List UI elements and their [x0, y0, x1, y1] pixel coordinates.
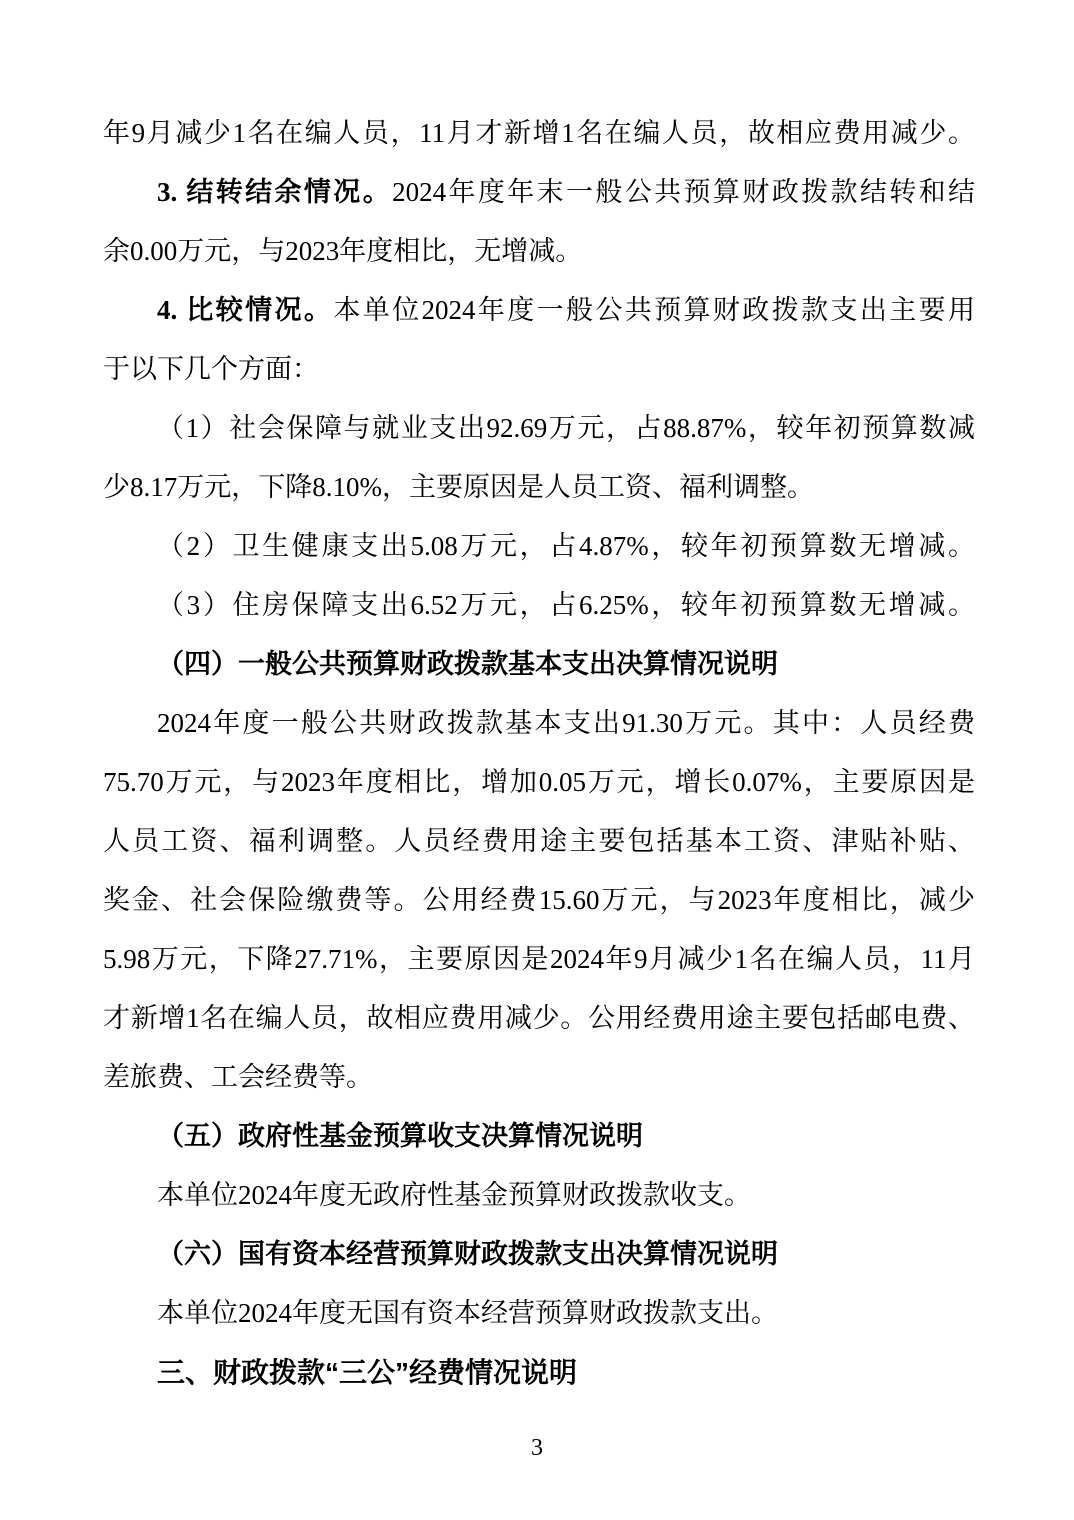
bold-heading-text: （五）政府性基金预算收支决算情况说明: [157, 1121, 643, 1151]
body-text: 于以下几个方面：: [103, 354, 319, 384]
body-text: （2）卫生健康支出5.08万元，占4.87%，较年初预算数无增减。: [157, 531, 975, 561]
body-text: 75.70万元，与2023年度相比，增加0.05万元，增长0.07%，主要原因是: [103, 767, 975, 797]
body-text: 少8.17万元，下降8.10%，主要原因是人员工资、福利调整。: [103, 472, 814, 502]
text-line: 75.70万元，与2023年度相比，增加0.05万元，增长0.07%，主要原因是: [103, 753, 975, 812]
document-body: 年9月减少1名在编人员，11月才新增1名在编人员，故相应费用减少。3. 结转结余…: [103, 104, 975, 1402]
bold-heading-text: 4. 比较情况。: [157, 295, 333, 325]
body-text: 年9月减少1名在编人员，11月才新增1名在编人员，故相应费用减少。: [103, 118, 975, 148]
text-line: 人员工资、福利调整。人员经费用途主要包括基本工资、津贴补贴、: [103, 812, 975, 871]
body-text: 本单位2024年度无国有资本经营预算财政拨款支出。: [157, 1298, 778, 1328]
body-text: 本单位2024年度无政府性基金预算财政拨款收支。: [157, 1180, 751, 1210]
text-line: 2024年度一般公共财政拨款基本支出91.30万元。其中：人员经费: [103, 694, 975, 753]
text-line: （六）国有资本经营预算财政拨款支出决算情况说明: [103, 1225, 975, 1284]
body-text: 本单位2024年度一般公共预算财政拨款支出主要用: [333, 295, 975, 325]
text-line: （3）住房保障支出6.52万元，占6.25%，较年初预算数无增减。: [103, 576, 975, 635]
body-text: 2024年度年末一般公共预算财政拨款结转和结: [392, 177, 975, 207]
body-text: 余0.00万元，与2023年度相比，无增减。: [103, 236, 582, 266]
body-text: （3）住房保障支出6.52万元，占6.25%，较年初预算数无增减。: [157, 590, 975, 620]
bold-heading-text: （四）一般公共预算财政拨款基本支出决算情况说明: [157, 649, 778, 679]
text-line: 三、财政拨款“三公”经费情况说明: [103, 1343, 975, 1402]
body-text: 奖金、社会保险缴费等。公用经费15.60万元，与2023年度相比，减少: [103, 885, 975, 915]
text-line: 于以下几个方面：: [103, 340, 975, 399]
text-line: 余0.00万元，与2023年度相比，无增减。: [103, 222, 975, 281]
text-line: （1）社会保障与就业支出92.69万元，占88.87%，较年初预算数减: [103, 399, 975, 458]
text-line: 少8.17万元，下降8.10%，主要原因是人员工资、福利调整。: [103, 458, 975, 517]
body-text: （1）社会保障与就业支出92.69万元，占88.87%，较年初预算数减: [157, 413, 975, 443]
bold-heading-text: 3. 结转结余情况。: [157, 177, 392, 207]
body-text: 5.98万元，下降27.71%，主要原因是2024年9月减少1名在编人员，11月: [103, 944, 975, 974]
text-line: （四）一般公共预算财政拨款基本支出决算情况说明: [103, 635, 975, 694]
text-line: 5.98万元，下降27.71%，主要原因是2024年9月减少1名在编人员，11月: [103, 930, 975, 989]
text-line: 本单位2024年度无国有资本经营预算财政拨款支出。: [103, 1284, 975, 1343]
bold-heading-text: （六）国有资本经营预算财政拨款支出决算情况说明: [157, 1239, 778, 1269]
body-text: 才新增1名在编人员，故相应费用减少。公用经费用途主要包括邮电费、: [103, 1003, 975, 1033]
text-line: 年9月减少1名在编人员，11月才新增1名在编人员，故相应费用减少。: [103, 104, 975, 163]
body-text: 2024年度一般公共财政拨款基本支出91.30万元。其中：人员经费: [157, 708, 975, 738]
body-text: 差旅费、工会经费等。: [103, 1062, 373, 1092]
text-line: （五）政府性基金预算收支决算情况说明: [103, 1107, 975, 1166]
text-line: 才新增1名在编人员，故相应费用减少。公用经费用途主要包括邮电费、: [103, 989, 975, 1048]
text-line: 3. 结转结余情况。2024年度年末一般公共预算财政拨款结转和结: [103, 163, 975, 222]
text-line: 本单位2024年度无政府性基金预算财政拨款收支。: [103, 1166, 975, 1225]
body-text: 人员工资、福利调整。人员经费用途主要包括基本工资、津贴补贴、: [103, 826, 975, 856]
section-heading-text: 三、财政拨款“三公”经费情况说明: [157, 1357, 577, 1388]
text-line: （2）卫生健康支出5.08万元，占4.87%，较年初预算数无增减。: [103, 517, 975, 576]
text-line: 差旅费、工会经费等。: [103, 1048, 975, 1107]
text-line: 奖金、社会保险缴费等。公用经费15.60万元，与2023年度相比，减少: [103, 871, 975, 930]
page-number: 3: [0, 1432, 1074, 1464]
text-line: 4. 比较情况。本单位2024年度一般公共预算财政拨款支出主要用: [103, 281, 975, 340]
